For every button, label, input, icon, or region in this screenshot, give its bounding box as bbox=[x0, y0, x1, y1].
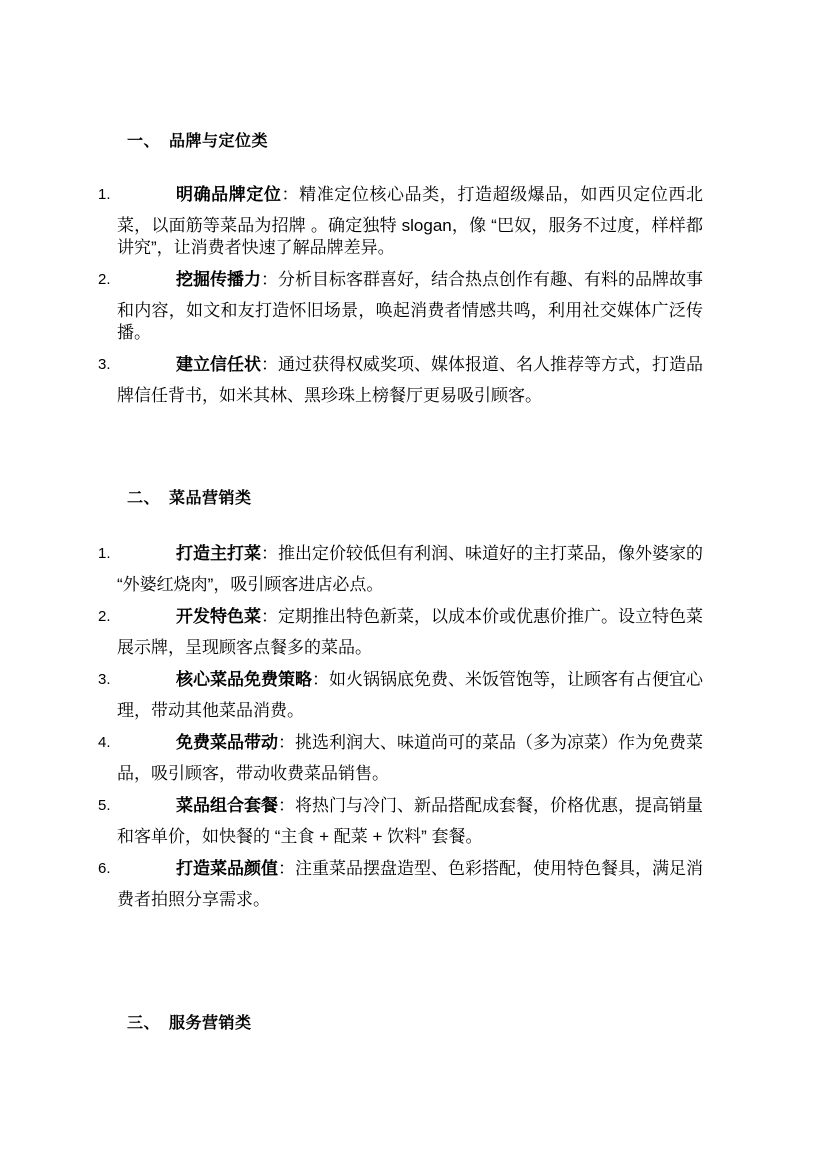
list-item-title: 打造主打菜 bbox=[176, 544, 261, 563]
section-number: 一、 bbox=[127, 133, 160, 150]
list-item-title: 核心菜品免费策略 bbox=[176, 670, 312, 689]
list-item: 4. 免费菜品带动：挑选利润大、味道尚可的菜品（多为凉菜）作为免费菜品，吸引顾客… bbox=[117, 722, 703, 785]
document-page: 一、品牌与定位类 1. 明确品牌定位：精准定位核心品类，打造超级爆品，如西贝定位… bbox=[0, 0, 826, 1169]
section-heading-2: 二、菜品营销类 bbox=[127, 490, 703, 508]
list-item-title: 打造菜品颜值 bbox=[176, 859, 278, 878]
list-number: 6. bbox=[98, 848, 111, 889]
list-item-text: 打造菜品颜值：注重菜品摆盘造型、色彩搭配，使用特色餐具，满足消费者拍照分享需求。 bbox=[117, 848, 703, 911]
list-item-title: 建立信任状 bbox=[176, 355, 261, 374]
list-item-text: 挖掘传播力：分析目标客群喜好，结合热点创作有趣、有料的品牌故事和内容，如文和友打… bbox=[117, 259, 703, 344]
list-number: 2. bbox=[98, 596, 111, 637]
list-number: 1. bbox=[98, 533, 111, 574]
list-item-text: 免费菜品带动：挑选利润大、味道尚可的菜品（多为凉菜）作为免费菜品，吸引顾客，带动… bbox=[117, 722, 703, 785]
list-item-text: 打造主打菜：推出定价较低但有利润、味道好的主打菜品，像外婆家的 “外婆红烧肉”，… bbox=[117, 533, 703, 596]
list-number: 3. bbox=[98, 344, 111, 385]
list-item-text: 核心菜品免费策略：如火锅锅底免费、米饭管饱等，让顾客有占便宜心理，带动其他菜品消… bbox=[117, 659, 703, 722]
list-item: 6. 打造菜品颜值：注重菜品摆盘造型、色彩搭配，使用特色餐具，满足消费者拍照分享… bbox=[117, 848, 703, 911]
list-item-text: 明确品牌定位：精准定位核心品类，打造超级爆品，如西贝定位西北菜，以面筋等菜品为招… bbox=[117, 174, 703, 259]
list-item-text: 开发特色菜：定期推出特色新菜，以成本价或优惠价推广。设立特色菜展示牌，呈现顾客点… bbox=[117, 596, 703, 659]
list-item: 1. 打造主打菜：推出定价较低但有利润、味道好的主打菜品，像外婆家的 “外婆红烧… bbox=[117, 533, 703, 596]
list-item: 2. 开发特色菜：定期推出特色新菜，以成本价或优惠价推广。设立特色菜展示牌，呈现… bbox=[117, 596, 703, 659]
list-item-title: 免费菜品带动 bbox=[176, 733, 278, 752]
list-item-title: 菜品组合套餐 bbox=[176, 796, 278, 815]
list-number: 4. bbox=[98, 722, 111, 763]
section-number: 二、 bbox=[127, 490, 160, 507]
section-heading-3: 三、服务营销类 bbox=[127, 1015, 703, 1033]
list-item: 5. 菜品组合套餐：将热门与冷门、新品搭配成套餐，价格优惠，提高销量和客单价，如… bbox=[117, 785, 703, 848]
list-number: 3. bbox=[98, 659, 111, 700]
list-item: 2. 挖掘传播力：分析目标客群喜好，结合热点创作有趣、有料的品牌故事和内容，如文… bbox=[117, 259, 703, 344]
list-item-title: 明确品牌定位 bbox=[176, 185, 282, 204]
list-item: 1. 明确品牌定位：精准定位核心品类，打造超级爆品，如西贝定位西北菜，以面筋等菜… bbox=[117, 174, 703, 259]
section-title: 菜品营销类 bbox=[169, 490, 252, 507]
list-item: 3. 核心菜品免费策略：如火锅锅底免费、米饭管饱等，让顾客有占便宜心理，带动其他… bbox=[117, 659, 703, 722]
list-item-title: 挖掘传播力 bbox=[176, 270, 261, 289]
list-number: 5. bbox=[98, 785, 111, 826]
list-item-text: 菜品组合套餐：将热门与冷门、新品搭配成套餐，价格优惠，提高销量和客单价，如快餐的… bbox=[117, 785, 703, 848]
list-item-title: 开发特色菜 bbox=[176, 607, 261, 626]
section-number: 三、 bbox=[127, 1015, 160, 1032]
section-heading-1: 一、品牌与定位类 bbox=[127, 133, 703, 151]
list-item: 3. 建立信任状：通过获得权威奖项、媒体报道、名人推荐等方式，打造品牌信任背书，… bbox=[117, 344, 703, 407]
section-title: 品牌与定位类 bbox=[169, 133, 268, 150]
section-title: 服务营销类 bbox=[169, 1015, 252, 1032]
list-number: 1. bbox=[98, 174, 111, 215]
list-item-text: 建立信任状：通过获得权威奖项、媒体报道、名人推荐等方式，打造品牌信任背书，如米其… bbox=[117, 344, 703, 407]
list-number: 2. bbox=[98, 259, 111, 300]
